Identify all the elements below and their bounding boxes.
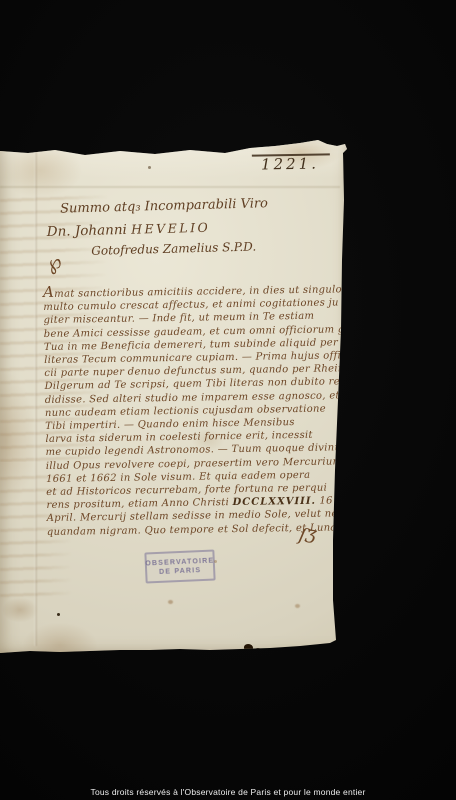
folio-number: 1221. <box>252 155 330 173</box>
heading-addressee-name: HEVELIO <box>131 220 211 237</box>
manuscript-paper: 1221. Summo atq₃ Incomparabili Viro Dn. … <box>0 140 348 656</box>
foxing-spot <box>295 604 300 608</box>
stamp-line-2: DE PARIS <box>159 566 202 577</box>
copyright-caption: Tous droits réservés à l'Observatoire de… <box>0 787 456 798</box>
roman-numeral-year: DCCLXXVIII. <box>232 496 316 508</box>
letter-heading: Summo atq₃ Incomparabili Viro Dn. Johann… <box>46 196 269 260</box>
body-initial-letter: A <box>43 283 54 301</box>
letter-body: Amat sanctioribus amicitiis accidere, in… <box>43 281 351 539</box>
ink-blot-large <box>244 644 253 651</box>
heading-line-3: Gotofredus Zamelius S.P.D. <box>91 239 269 259</box>
folio-number-block: 1221. <box>252 153 330 173</box>
foxing-spot <box>148 166 151 169</box>
horizontal-fold-crease <box>0 186 340 188</box>
foxing-spot <box>168 600 173 604</box>
signature-flourish: ſƷ <box>297 524 318 548</box>
ink-blot-small <box>255 648 261 652</box>
foxing-spot <box>214 560 217 563</box>
heading-addressee-prefix: Dn. Johanni <box>47 222 132 240</box>
heading-line-2: Dn. Johanni HEVELIO <box>47 218 269 240</box>
observatory-stamp: OBSERVATOIRE DE PARIS <box>144 549 215 583</box>
vertical-fold-crease <box>34 146 37 646</box>
manuscript-photo: 1221. Summo atq₃ Incomparabili Viro Dn. … <box>0 0 456 800</box>
ink-speck <box>57 613 60 616</box>
